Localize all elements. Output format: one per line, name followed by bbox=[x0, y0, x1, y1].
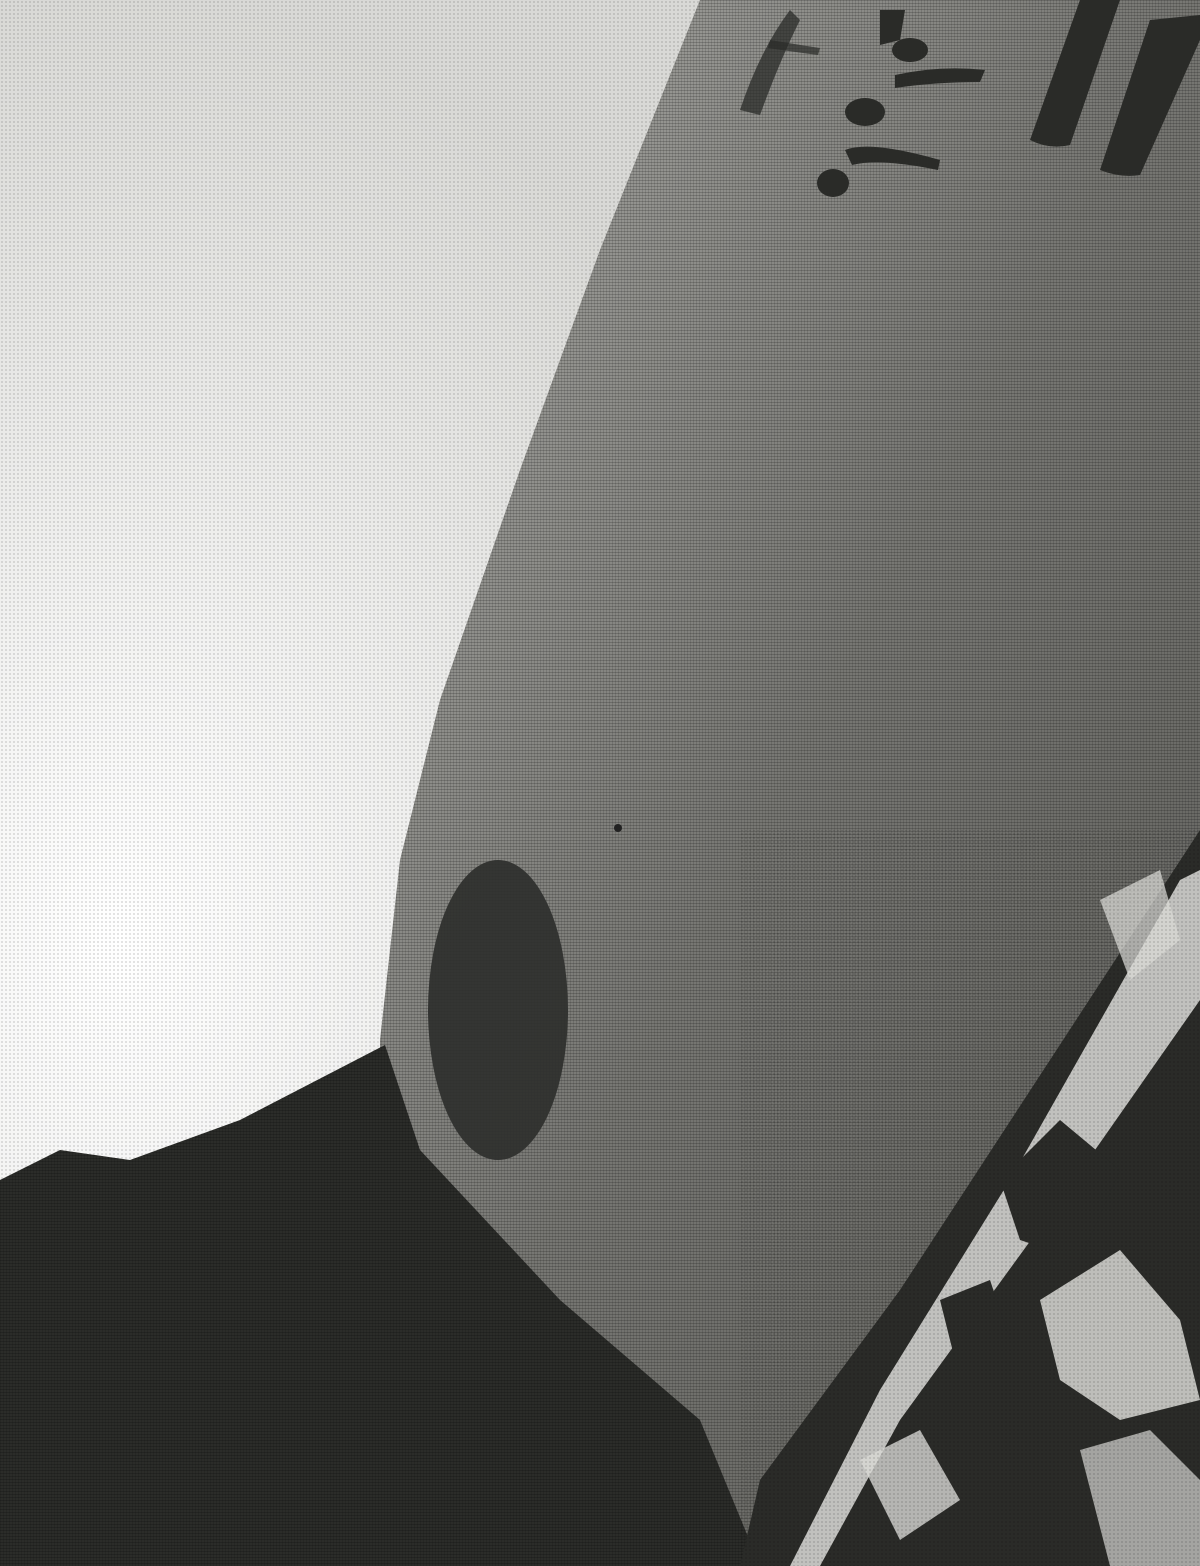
photo-scene: Halftone scan of a dark robed figure wit… bbox=[0, 0, 1200, 1566]
dark-oval-shape bbox=[428, 860, 568, 1160]
speck bbox=[614, 824, 622, 832]
brocade-border bbox=[740, 830, 1200, 1566]
halftone-photo bbox=[0, 0, 1200, 1566]
